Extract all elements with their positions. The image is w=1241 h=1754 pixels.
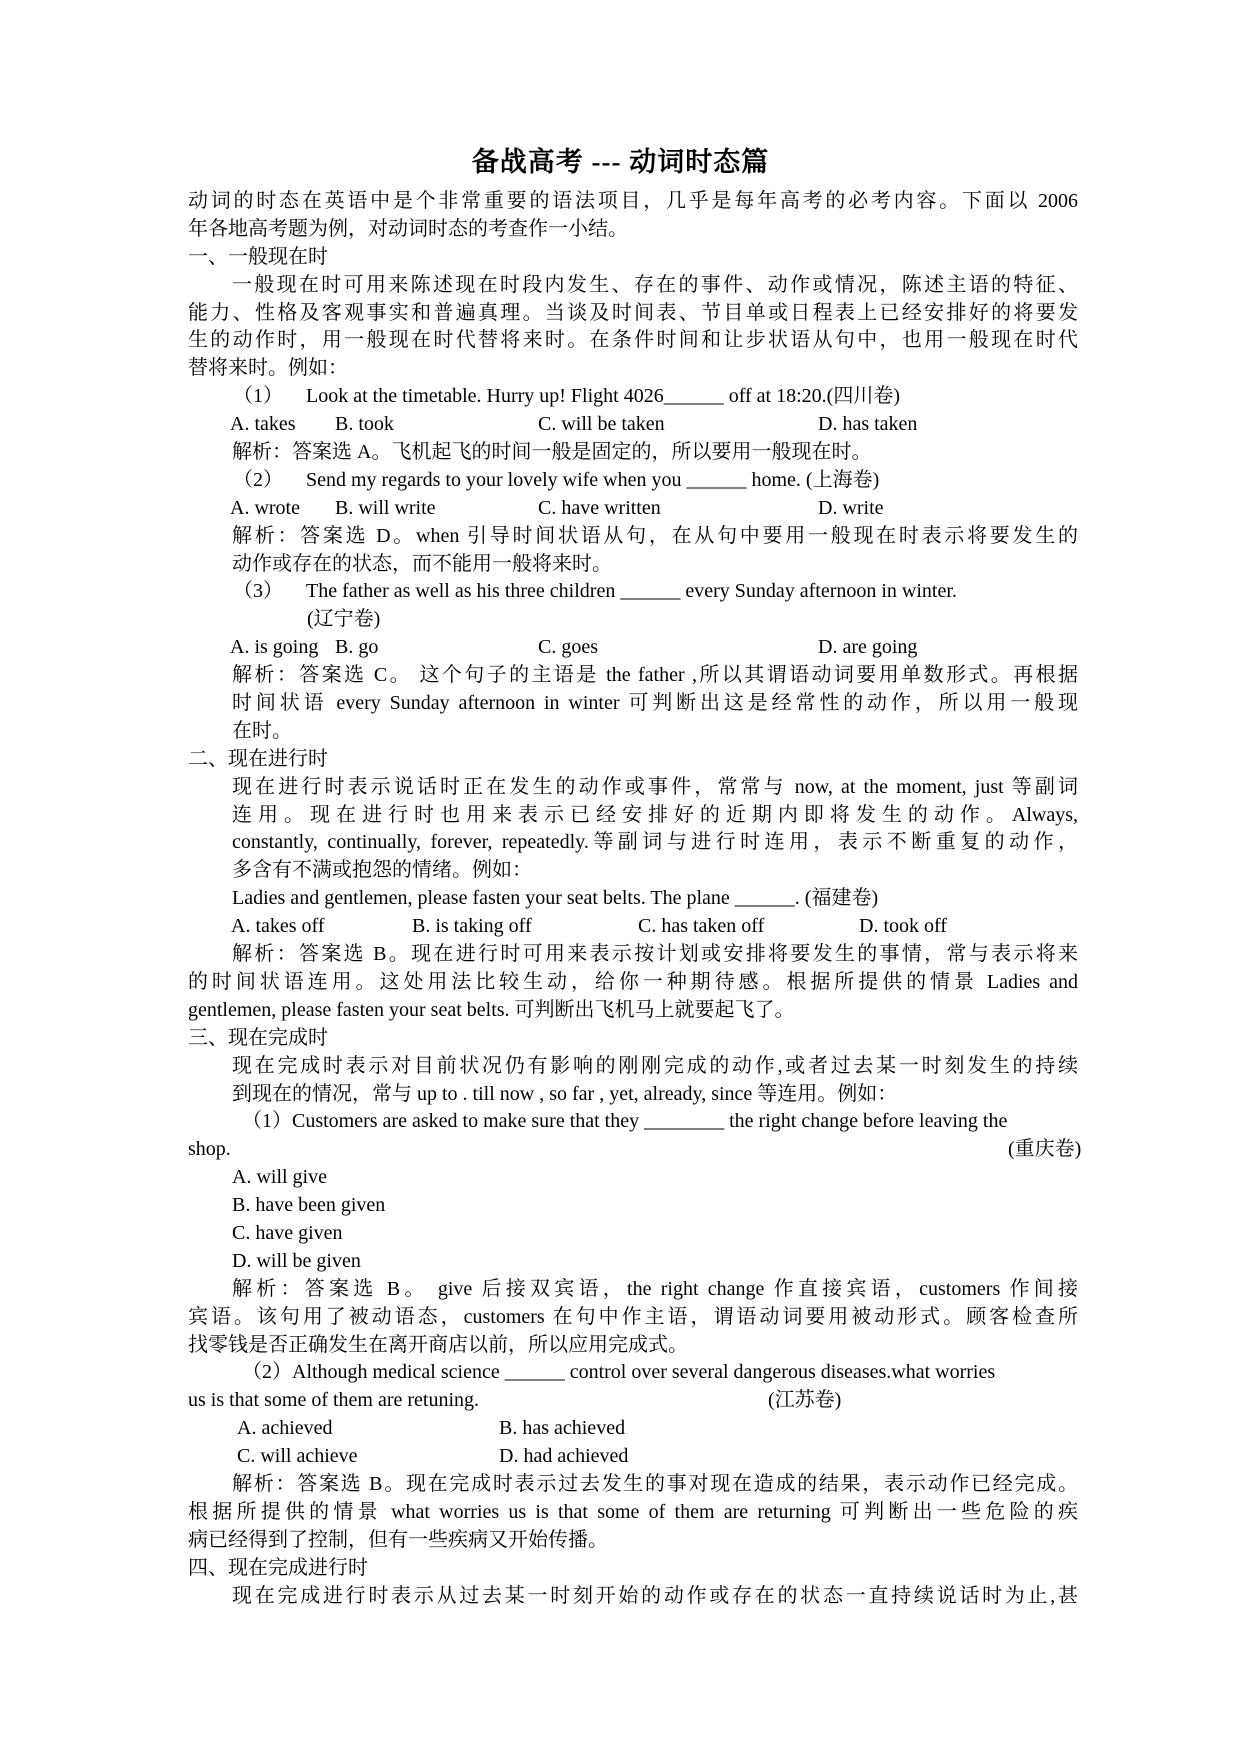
question-text: Send my regards to your lovely wife when…: [306, 467, 879, 495]
document-page: 备战高考 --- 动词时态篇 动词的时态在英语中是个非常重要的语法项目，几乎是每…: [0, 0, 1241, 1754]
option-c: C. will achieve: [237, 1443, 358, 1471]
question-number: （2）: [233, 467, 283, 495]
answer-analysis: 的时间状语连用。这处用法比较生动，给你一种期待感。根据所提供的情景 Ladies…: [188, 969, 1078, 997]
option-b: B. will write: [335, 495, 436, 523]
section-1-body-line: 一般现在时可用来陈述现在时段内发生、存在的事件、动作或情况，陈述主语的特征、: [188, 272, 1078, 300]
section-2-body-line: 连用。现在进行时也用来表示已经安排好的近期内即将发生的动作。Always,: [188, 802, 1078, 830]
option-d: D. had achieved: [499, 1443, 628, 1471]
question-jiangsu-options-row-2: C. will achieve D. had achieved: [188, 1443, 1078, 1471]
option-d-line: D. will be given: [188, 1248, 1078, 1276]
question-fujian-options: A. takes off B. is taking off C. has tak…: [188, 913, 1078, 941]
answer-analysis: 根据所提供的情景 what worries us is that some of…: [188, 1499, 1078, 1527]
option-a: A. achieved: [237, 1415, 333, 1443]
question-chongqing-line: （1）Customers are asked to make sure that…: [188, 1108, 1078, 1136]
section-1-body-line: 能力、性格及客观事实和普遍真理。当谈及时间表、节目单或日程表上已经安排好的将要发: [188, 300, 1078, 328]
option-a: A. wrote: [230, 495, 300, 523]
section-1-body-line: 替将来时。例如：: [188, 355, 1078, 383]
answer-analysis: 在时。: [188, 718, 1078, 746]
option-b: B. go: [335, 634, 378, 662]
answer-analysis: 宾语。该句用了被动语态，customers 在句中作主语，谓语动词要用被动形式。…: [188, 1304, 1078, 1332]
answer-analysis: gentlemen, please fasten your seat belts…: [188, 997, 1078, 1025]
answer-analysis: 病已经得到了控制，但有一些疾病又开始传播。: [188, 1527, 1078, 1555]
question-3-line: （3） The father as well as his three chil…: [188, 578, 1078, 606]
answer-analysis: 时间状语 every Sunday afternoon in winter 可判…: [188, 690, 1078, 718]
question-jiangsu-options-row-1: A. achieved B. has achieved: [188, 1415, 1078, 1443]
question-jiangsu-continuation: us is that some of them are retuning. (江…: [188, 1387, 1078, 1415]
question-number: （1）: [233, 383, 283, 411]
section-1-heading: 一、一般现在时: [188, 244, 1078, 272]
answer-analysis: 解析：答案选 B。现在进行时可用来表示按计划或安排将要发生的事情，常与表示将来: [188, 941, 1078, 969]
option-b: B. is taking off: [412, 913, 532, 941]
section-2-heading: 二、现在进行时: [188, 746, 1078, 774]
answer-analysis: 解析：答案选 D。when 引导时间状语从句，在从句中要用一般现在时表示将要发生…: [188, 523, 1078, 551]
option-c: C. have written: [538, 495, 661, 523]
option-c-line: C. have given: [188, 1220, 1078, 1248]
page-title: 备战高考 --- 动词时态篇: [0, 140, 1241, 179]
option-c: C. goes: [538, 634, 598, 662]
option-b: B. has achieved: [499, 1415, 625, 1443]
section-2-body-line: constantly, continually, forever, repeat…: [188, 829, 1078, 857]
question-number: （3）: [233, 578, 283, 606]
question-text: shop.: [188, 1138, 231, 1160]
answer-analysis: 找零钱是否正确发生在离开商店以前，所以应用完成式。: [188, 1332, 1078, 1360]
question-1-options: A. takes B. took C. will be taken D. has…: [188, 411, 1078, 439]
answer-analysis: 解析：答案选 B。现在完成时表示过去发生的事对现在造成的结果，表示动作已经完成。: [188, 1471, 1078, 1499]
exam-source-tag: (辽宁卷): [188, 606, 1078, 634]
option-d: D. are going: [818, 634, 917, 662]
question-2-options: A. wrote B. will write C. have written D…: [188, 495, 1078, 523]
option-a: A. is going: [230, 634, 318, 662]
document-body: 动词的时态在英语中是个非常重要的语法项目，几乎是每年高考的必考内容。下面以 20…: [188, 188, 1078, 1610]
section-4-heading: 四、现在完成进行时: [188, 1555, 1078, 1583]
section-2-body-line: 多含有不满或抱怨的情绪。例如：: [188, 857, 1078, 885]
question-text: The father as well as his three children…: [306, 578, 957, 606]
answer-analysis: 解析：答案选 B。 give 后接双宾语，the right change 作直…: [188, 1276, 1078, 1304]
question-chongqing-continuation: shop. (重庆卷): [188, 1136, 1078, 1164]
exam-source-tag: (重庆卷): [1008, 1136, 1081, 1164]
option-a: A. takes off: [231, 913, 325, 941]
answer-analysis: 解析：答案选 A。飞机起飞的时间一般是固定的，所以要用一般现在时。: [188, 439, 1078, 467]
option-a-line: A. will give: [188, 1164, 1078, 1192]
section-3-body-line: 到现在的情况，常与 up to . till now , so far , ye…: [188, 1081, 1078, 1109]
exam-source-tag: (江苏卷): [768, 1387, 841, 1415]
question-jiangsu-line: （2）Although medical science ______ contr…: [188, 1359, 1078, 1387]
section-3-body-line: 现在完成时表示对目前状况仍有影响的刚刚完成的动作,或者过去某一时刻发生的持续: [188, 1053, 1078, 1081]
question-3-options: A. is going B. go C. goes D. are going: [188, 634, 1078, 662]
option-d: D. took off: [859, 913, 947, 941]
option-a: A. takes: [230, 411, 296, 439]
intro-line-1: 动词的时态在英语中是个非常重要的语法项目，几乎是每年高考的必考内容。下面以 20…: [188, 188, 1078, 216]
section-1-body-line: 生的动作时，用一般现在时代替将来时。在条件时间和让步状语从句中，也用一般现在时代: [188, 327, 1078, 355]
section-4-body-line: 现在完成进行时表示从过去某一时刻开始的动作或存在的状态一直持续说话时为止,甚: [188, 1583, 1078, 1611]
question-2-line: （2） Send my regards to your lovely wife …: [188, 467, 1078, 495]
section-2-body-line: 现在进行时表示说话时正在发生的动作或事件，常常与 now, at the mom…: [188, 774, 1078, 802]
intro-line-2: 年各地高考题为例，对动词时态的考查作一小结。: [188, 216, 1078, 244]
question-1-line: （1） Look at the timetable. Hurry up! Fli…: [188, 383, 1078, 411]
answer-analysis: 解析：答案选 C。 这个句子的主语是 the father ,所以其谓语动词要用…: [188, 662, 1078, 690]
option-d: D. has taken: [818, 411, 917, 439]
option-d: D. write: [818, 495, 884, 523]
question-text: Look at the timetable. Hurry up! Flight …: [306, 383, 900, 411]
section-3-heading: 三、现在完成时: [188, 1025, 1078, 1053]
option-b: B. took: [335, 411, 394, 439]
option-c: C. has taken off: [638, 913, 764, 941]
option-c: C. will be taken: [538, 411, 665, 439]
question-fujian-line: Ladies and gentlemen, please fasten your…: [188, 885, 1078, 913]
answer-analysis: 动作或存在的状态，而不能用一般将来时。: [188, 551, 1078, 579]
option-b-line: B. have been given: [188, 1192, 1078, 1220]
question-text: us is that some of them are retuning.: [188, 1389, 479, 1411]
